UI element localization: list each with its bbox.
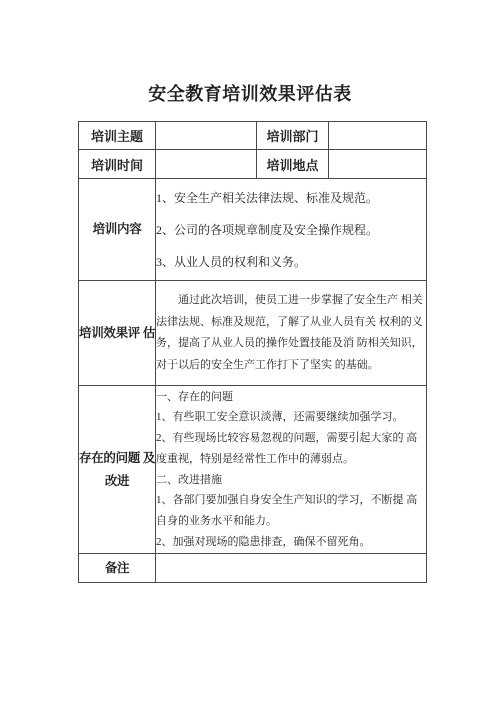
content-training-effect-evaluation: 通过此次培训，使员工进一步掌握了安全生产 相关法律法规、标准及规范，了解了从业人… [156,281,427,386]
text-line: 度重视，特别是经常性工作中的薄弱点。 [156,449,426,470]
text-line: 培训内容 [79,218,155,241]
text-line: 备注 [79,557,155,580]
page-title: 安全教育培训效果评估表 [0,80,500,106]
table-row-training-content: 培训内容 1、安全生产相关法律法规、标准及规范。2、公司的各项规章制度及安全操作… [79,179,427,281]
document-page: 安全教育培训效果评估表 培训主题 培训部门 培训时间 培训地点 培训内容 1、安… [0,0,500,707]
text-line: 通过此次培训，使员工进一步掌握了安全生产 相关 [156,290,426,312]
label-training-content: 培训内容 [79,179,156,281]
value-training-topic [156,122,257,150]
label-training-topic: 培训主题 [79,122,156,150]
text-line: 法律法规、标准及规范，了解了从业人员有关 权利的义 [156,312,426,334]
text-line: 务，提高了从业人员的操作处置技能及消 防相关知识， [156,333,426,355]
text-line: 1、各部门要加强自身安全生产知识的学习，不断提 高 [156,490,426,511]
text-line: 存在的问题 及 [79,447,155,470]
label-training-effect-evaluation: 培训效果评 估 [79,281,156,386]
label-training-time: 培训时间 [79,150,156,179]
label-training-location: 培训地点 [257,150,329,179]
text-line: 3、从业人员的权利和义务。 [156,246,426,278]
content-remarks [156,554,427,583]
table-row-time-location: 培训时间 培训地点 [79,150,427,179]
evaluation-table: 培训主题 培训部门 培训时间 培训地点 培训内容 1、安全生产相关法律法规、标准… [78,121,427,583]
value-training-department [329,122,427,150]
text-line: 2、有些现场比较容易忽视的问题，需要引起大家的 高 [156,428,426,449]
text-line: 自身的业务水平和能力。 [156,511,426,532]
text-line: 2、加强对现场的隐患排查，确保不留死角。 [156,532,426,553]
content-training-content: 1、安全生产相关法律法规、标准及规范。2、公司的各项规章制度及安全操作规程。3、… [156,179,427,281]
text-line: 改进 [79,470,155,493]
value-training-location [329,150,427,179]
table-row-training-effect: 培训效果评 估 通过此次培训，使员工进一步掌握了安全生产 相关法律法规、标准及规… [79,281,427,386]
text-line: 培训效果评 估 [79,322,155,345]
value-training-time [156,150,257,179]
label-problems-and-improvements: 存在的问题 及改进 [79,386,156,554]
label-remarks: 备注 [79,554,156,583]
text-line: 一、存在的问题 [156,387,426,408]
text-line: 1、有些职工安全意识淡薄，还需要继续加强学习。 [156,407,426,428]
text-line: 二、改进措施 [156,470,426,491]
table-row-topic-department: 培训主题 培训部门 [79,122,427,150]
content-problems-and-improvements: 一、存在的问题1、有些职工安全意识淡薄，还需要继续加强学习。2、有些现场比较容易… [156,386,427,554]
table-row-remarks: 备注 [79,554,427,583]
text-line: 对于以后的安全生产工作打下了坚实 的基础。 [156,355,426,377]
text-line: 1、安全生产相关法律法规、标准及规范。 [156,182,426,214]
table-row-problems-improvements: 存在的问题 及改进 一、存在的问题1、有些职工安全意识淡薄，还需要继续加强学习。… [79,386,427,554]
text-line: 2、公司的各项规章制度及安全操作规程。 [156,214,426,246]
label-training-department: 培训部门 [257,122,329,150]
